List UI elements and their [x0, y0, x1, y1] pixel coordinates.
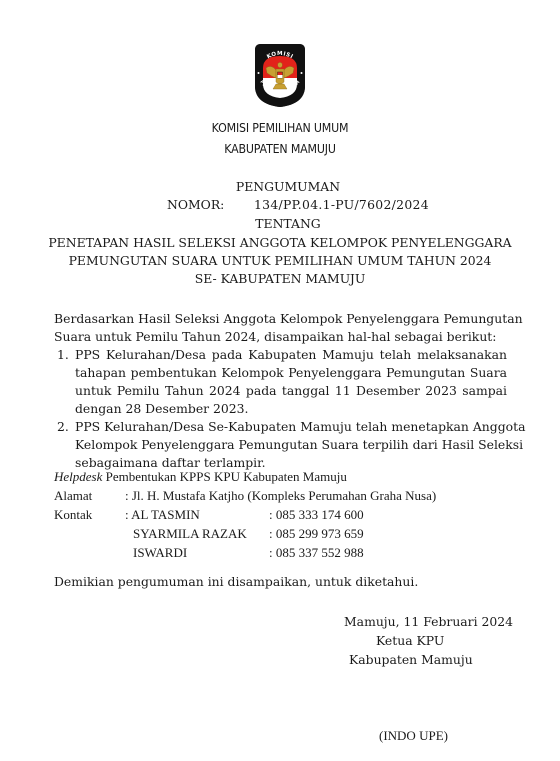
kpu-logo: KOMISI PEMILIHAN UMUM — [249, 40, 311, 110]
address-value: : Jl. H. Mustafa Katjho (Kompleks Peruma… — [125, 488, 436, 504]
list-item-2-line-1: PPS Kelurahan/Desa Se-Kabupaten Mamuju t… — [75, 419, 507, 434]
institution-name: KOMISI PEMILIHAN UMUM — [22, 121, 537, 135]
intro-line-2: Suara untuk Pemilu Tahun 2024, disampaik… — [54, 329, 496, 344]
contact-phone[interactable]: : 085 337 552 988 — [269, 545, 364, 561]
list-item-2-line-2: Kelompok Penyelenggara Pemungutan Suara … — [75, 437, 507, 452]
helpdesk-title-rest: Pembentukan KPPS KPU Kabupaten Mamuju — [102, 469, 346, 484]
helpdesk-title: Helpdesk Pembentukan KPPS KPU Kabupaten … — [54, 469, 347, 485]
announcement-title: PENGUMUMAN — [8, 179, 560, 194]
announcement-document: KOMISI PEMILIHAN UMUM KOMISI PEMILIHAN U… — [0, 0, 560, 761]
list-item-1-line-3: untuk Pemilu Tahun 2024 pada tanggal 11 … — [75, 383, 507, 398]
contact-label: Kontak — [54, 507, 92, 523]
list-item-1-line-1: PPS Kelurahan/Desa pada Kabupaten Mamuju… — [75, 347, 507, 362]
list-item-1-line-4: dengan 28 Desember 2023. — [75, 401, 249, 416]
signature-office: Kabupaten Mamuju — [349, 652, 473, 667]
list-item-number: 2. — [57, 419, 69, 434]
subject-line-1: PENETAPAN HASIL SELEKSI ANGGOTA KELOMPOK… — [0, 235, 560, 250]
about-label: TENTANG — [8, 216, 560, 231]
contact-phone[interactable]: : 085 299 973 659 — [269, 526, 364, 542]
intro-line-1: Berdasarkan Hasil Seleksi Anggota Kelomp… — [54, 311, 507, 326]
helpdesk-title-italic: Helpdesk — [54, 469, 102, 484]
institution-region: KABUPATEN MAMUJU — [22, 142, 537, 156]
contact-phone[interactable]: : 085 333 174 600 — [269, 507, 364, 523]
number-value: 134/PP.04.1-PU/7602/2024 — [254, 197, 429, 212]
closing-statement: Demikian pengumuman ini disampaikan, unt… — [54, 574, 418, 589]
address-label: Alamat — [54, 488, 92, 504]
number-label: NOMOR: — [167, 197, 224, 212]
subject-line-2: PEMUNGUTAN SUARA UNTUK PEMILIHAN UMUM TA… — [0, 253, 560, 268]
contact-name: ISWARDI — [133, 545, 187, 561]
list-item-1-line-2: tahapan pembentukan Kelompok Penyelengga… — [75, 365, 507, 380]
signatory-name: (INDO UPE) — [379, 728, 448, 744]
signature-position: Ketua KPU — [376, 633, 444, 648]
list-item-2-line-3: sebagaimana daftar terlampir. — [75, 455, 266, 470]
contact-name: : AL TASMIN — [125, 507, 200, 523]
subject-line-3: SE- KABUPATEN MAMUJU — [0, 271, 560, 286]
signature-place-date: Mamuju, 11 Februari 2024 — [344, 614, 513, 629]
contact-name: SYARMILA RAZAK — [133, 526, 247, 542]
list-item-number: 1. — [57, 347, 69, 362]
kpu-garuda-emblem-icon: KOMISI PEMILIHAN UMUM — [249, 40, 311, 110]
